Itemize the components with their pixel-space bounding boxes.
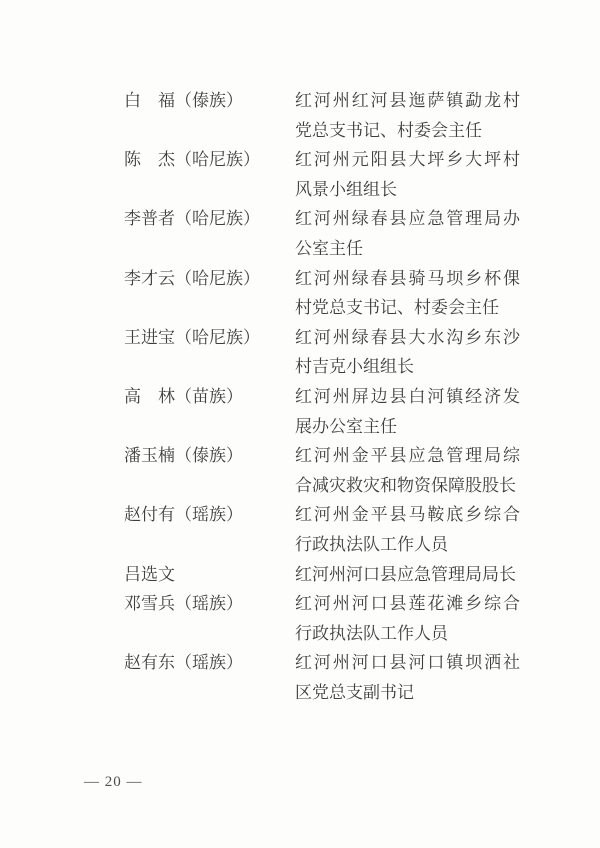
recipient-name: 李普者（哈尼族） [124, 204, 295, 234]
recipient-position: 红河州绿春县骑马坝乡杯倮 村党总支书记、村委会主任 [295, 264, 520, 323]
recipient-position: 红河州金平县马鞍底乡综合 行政执法队工作人员 [295, 500, 520, 559]
list-item: 白 福（傣族） 红河州红河县迤萨镇勐龙村 党总支书记、村委会主任 [124, 86, 520, 145]
position-line: 合减灾救灾和物资保障股股长 [295, 471, 520, 501]
position-line: 红河州红河县迤萨镇勐龙村 [295, 86, 520, 116]
list-item: 赵付有（瑶族） 红河州金平县马鞍底乡综合 行政执法队工作人员 [124, 500, 520, 559]
recipient-position: 红河州元阳县大坪乡大坪村 风景小组组长 [295, 145, 520, 204]
recipient-name: 白 福（傣族） [124, 86, 295, 116]
recipient-position: 红河州屏边县白河镇经济发 展办公室主任 [295, 382, 520, 441]
document-page: 白 福（傣族） 红河州红河县迤萨镇勐龙村 党总支书记、村委会主任 陈 杰（哈尼族… [0, 0, 600, 848]
position-line: 行政执法队工作人员 [295, 619, 520, 649]
position-line: 村党总支书记、村委会主任 [295, 293, 520, 323]
list-item: 吕选文 红河州河口县应急管理局局长 [124, 560, 520, 590]
position-line: 展办公室主任 [295, 412, 520, 442]
position-line: 红河州元阳县大坪乡大坪村 [295, 145, 520, 175]
position-line: 公室主任 [295, 234, 520, 264]
recipient-position: 红河州红河县迤萨镇勐龙村 党总支书记、村委会主任 [295, 86, 520, 145]
recipient-position: 红河州绿春县应急管理局办 公室主任 [295, 204, 520, 263]
recipient-position: 红河州绿春县大水沟乡东沙 村吉克小组组长 [295, 323, 520, 382]
position-line: 村吉克小组组长 [295, 352, 520, 382]
recipient-name: 潘玉楠（傣族） [124, 441, 295, 471]
position-line: 风景小组组长 [295, 175, 520, 205]
position-line: 红河州绿春县骑马坝乡杯倮 [295, 264, 520, 294]
position-line: 红河州绿春县大水沟乡东沙 [295, 323, 520, 353]
award-recipient-list: 白 福（傣族） 红河州红河县迤萨镇勐龙村 党总支书记、村委会主任 陈 杰（哈尼族… [124, 86, 520, 707]
position-line: 党总支书记、村委会主任 [295, 116, 520, 146]
recipient-position: 红河州河口县河口镇坝洒社 区党总支副书记 [295, 648, 520, 707]
recipient-name: 赵有东（瑶族） [124, 648, 295, 678]
list-item: 邓雪兵（瑶族） 红河州河口县莲花滩乡综合 行政执法队工作人员 [124, 589, 520, 648]
position-line: 红河州河口县莲花滩乡综合 [295, 589, 520, 619]
page-number: — 20 — [84, 772, 143, 792]
position-line: 红河州金平县马鞍底乡综合 [295, 500, 520, 530]
recipient-name: 吕选文 [124, 560, 295, 590]
list-item: 赵有东（瑶族） 红河州河口县河口镇坝洒社 区党总支副书记 [124, 648, 520, 707]
list-item: 王进宝（哈尼族） 红河州绿春县大水沟乡东沙 村吉克小组组长 [124, 323, 520, 382]
recipient-name: 李才云（哈尼族） [124, 264, 295, 294]
recipient-position: 红河州金平县应急管理局综 合减灾救灾和物资保障股股长 [295, 441, 520, 500]
recipient-position: 红河州河口县莲花滩乡综合 行政执法队工作人员 [295, 589, 520, 648]
position-line: 红河州屏边县白河镇经济发 [295, 382, 520, 412]
position-line: 红河州河口县河口镇坝洒社 [295, 648, 520, 678]
position-line: 红河州绿春县应急管理局办 [295, 204, 520, 234]
recipient-position: 红河州河口县应急管理局局长 [295, 560, 520, 590]
list-item: 潘玉楠（傣族） 红河州金平县应急管理局综 合减灾救灾和物资保障股股长 [124, 441, 520, 500]
position-line: 区党总支副书记 [295, 678, 520, 708]
recipient-name: 邓雪兵（瑶族） [124, 589, 295, 619]
position-line: 行政执法队工作人员 [295, 530, 520, 560]
position-line: 红河州金平县应急管理局综 [295, 441, 520, 471]
recipient-name: 陈 杰（哈尼族） [124, 145, 295, 175]
list-item: 李普者（哈尼族） 红河州绿春县应急管理局办 公室主任 [124, 204, 520, 263]
list-item: 高 林（苗族） 红河州屏边县白河镇经济发 展办公室主任 [124, 382, 520, 441]
recipient-name: 高 林（苗族） [124, 382, 295, 412]
position-line: 红河州河口县应急管理局局长 [295, 560, 520, 590]
list-item: 陈 杰（哈尼族） 红河州元阳县大坪乡大坪村 风景小组组长 [124, 145, 520, 204]
list-item: 李才云（哈尼族） 红河州绿春县骑马坝乡杯倮 村党总支书记、村委会主任 [124, 264, 520, 323]
recipient-name: 王进宝（哈尼族） [124, 323, 295, 353]
recipient-name: 赵付有（瑶族） [124, 500, 295, 530]
